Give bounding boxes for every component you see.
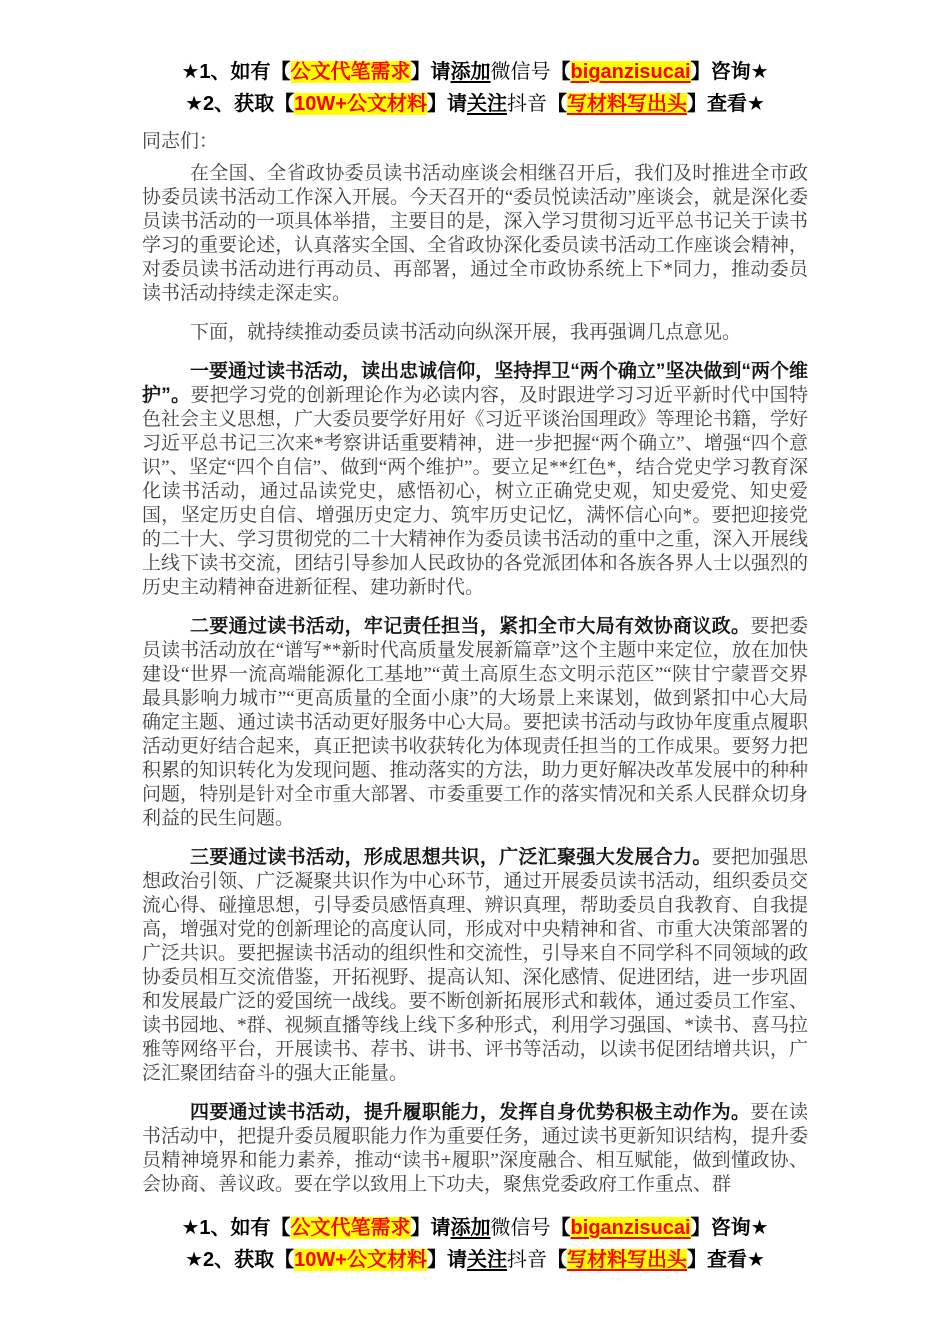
promo2-bracket: 【 [547, 93, 567, 115]
promo2-mid1: 】请 [427, 93, 467, 115]
paragraph-lead: 二要通过读书活动，牢记责任担当，紧扣全市大局有效协商议政。 [190, 616, 750, 637]
promo1-highlight-need: 公文代笔需求 [291, 1217, 411, 1239]
promo2-douyin-label: 抖音 [507, 93, 547, 115]
promo2-douyin-id: 写材料写出头 [567, 93, 687, 115]
promo2-prefix: ★2、获取【 [185, 1249, 294, 1271]
promo2-douyin-label: 抖音 [507, 1249, 547, 1271]
paragraph-point-4: 四要通过读书活动，提升履职能力，发挥自身优势积极主动作为。要在读书活动中，把提升… [142, 1101, 808, 1197]
paragraph-point-1: 一要通过读书活动，读出忠诚信仰，坚持捍卫“两个确立”坚决做到“两个维护”。要把学… [142, 360, 808, 600]
salutation: 同志们： [142, 130, 808, 154]
promo2-bracket: 【 [547, 1249, 567, 1271]
promo1-highlight-need: 公文代笔需求 [291, 61, 411, 83]
promo1-bracket: 【 [551, 61, 571, 83]
promo1-prefix: ★1、如有【 [181, 61, 290, 83]
promo2-mid1: 】请 [427, 1249, 467, 1271]
promo1-suffix: 】咨询★ [691, 61, 769, 83]
promo1-mid1: 】请 [411, 61, 451, 83]
promo-line-2: ★2、获取【10W+公文材料】请关注抖音【写材料写出头】查看★ [142, 1244, 808, 1276]
paragraph-text: 要把委员读书活动放在“谱写**新时代高质量发展新篇章”这个主题中来定位，放在加快… [142, 616, 808, 829]
promo1-wechat-label: 微信号 [491, 1217, 551, 1239]
promo1-suffix: 】咨询★ [691, 1217, 769, 1239]
paragraph-transition: 下面，就持续推动委员读书活动向纵深开展，我再强调几点意见。 [142, 321, 808, 345]
promo-line-1: ★1、如有【公文代笔需求】请添加微信号【biganzisucai】咨询★ [142, 56, 808, 88]
promo-banner-bottom: ★1、如有【公文代笔需求】请添加微信号【biganzisucai】咨询★ ★2、… [142, 1212, 808, 1276]
promo-line-2: ★2、获取【10W+公文材料】请关注抖音【写材料写出头】查看★ [142, 88, 808, 120]
paragraph-text: 要把加强思想政治引领、广泛凝聚共识作为中心环节，通过开展委员读书活动，组织委员交… [142, 847, 808, 1084]
promo2-highlight-material: 10W+公文材料 [294, 93, 427, 115]
promo2-underline-follow: 关注 [467, 93, 507, 115]
promo2-douyin-id: 写材料写出头 [567, 1249, 687, 1271]
paragraph-point-2: 二要通过读书活动，牢记责任担当，紧扣全市大局有效协商议政。要把委员读书活动放在“… [142, 615, 808, 831]
document-page: ★1、如有【公文代笔需求】请添加微信号【biganzisucai】咨询★ ★2、… [0, 0, 950, 1344]
paragraph-lead: 三要通过读书活动，形成思想共识，广泛汇聚强大发展合力。 [190, 847, 712, 868]
promo1-bracket: 【 [551, 1217, 571, 1239]
promo-banner-top: ★1、如有【公文代笔需求】请添加微信号【biganzisucai】咨询★ ★2、… [142, 56, 808, 120]
promo2-suffix: 】查看★ [687, 1249, 765, 1271]
promo2-highlight-material: 10W+公文材料 [294, 1249, 427, 1271]
promo1-mid1: 】请 [411, 1217, 451, 1239]
promo1-underline-add: 添加 [451, 1217, 491, 1239]
paragraph-text: 在全国、全省政协委员读书活动座谈会相继召开后，我们及时推进全市政协委员读书活动工… [142, 163, 808, 304]
promo2-prefix: ★2、获取【 [185, 93, 294, 115]
promo-line-1: ★1、如有【公文代笔需求】请添加微信号【biganzisucai】咨询★ [142, 1212, 808, 1244]
paragraph-text: 下面，就持续推动委员读书活动向纵深开展，我再强调几点意见。 [190, 322, 741, 343]
paragraph-point-3: 三要通过读书活动，形成思想共识，广泛汇聚强大发展合力。要把加强思想政治引领、广泛… [142, 846, 808, 1086]
promo1-prefix: ★1、如有【 [181, 1217, 290, 1239]
paragraph-text: 要把学习党的创新理论作为必读内容，及时跟进学习习近平新时代中国特色社会主义思想，… [142, 385, 808, 598]
promo1-wechat-label: 微信号 [491, 61, 551, 83]
promo1-underline-add: 添加 [451, 61, 491, 83]
promo1-wechat-id: biganzisucai [571, 61, 691, 83]
promo2-suffix: 】查看★ [687, 93, 765, 115]
paragraph-lead: 四要通过读书活动，提升履职能力，发挥自身优势积极主动作为。 [190, 1102, 750, 1123]
promo1-wechat-id: biganzisucai [571, 1217, 691, 1239]
promo2-underline-follow: 关注 [467, 1249, 507, 1271]
paragraph-intro: 在全国、全省政协委员读书活动座谈会相继召开后，我们及时推进全市政协委员读书活动工… [142, 162, 808, 306]
